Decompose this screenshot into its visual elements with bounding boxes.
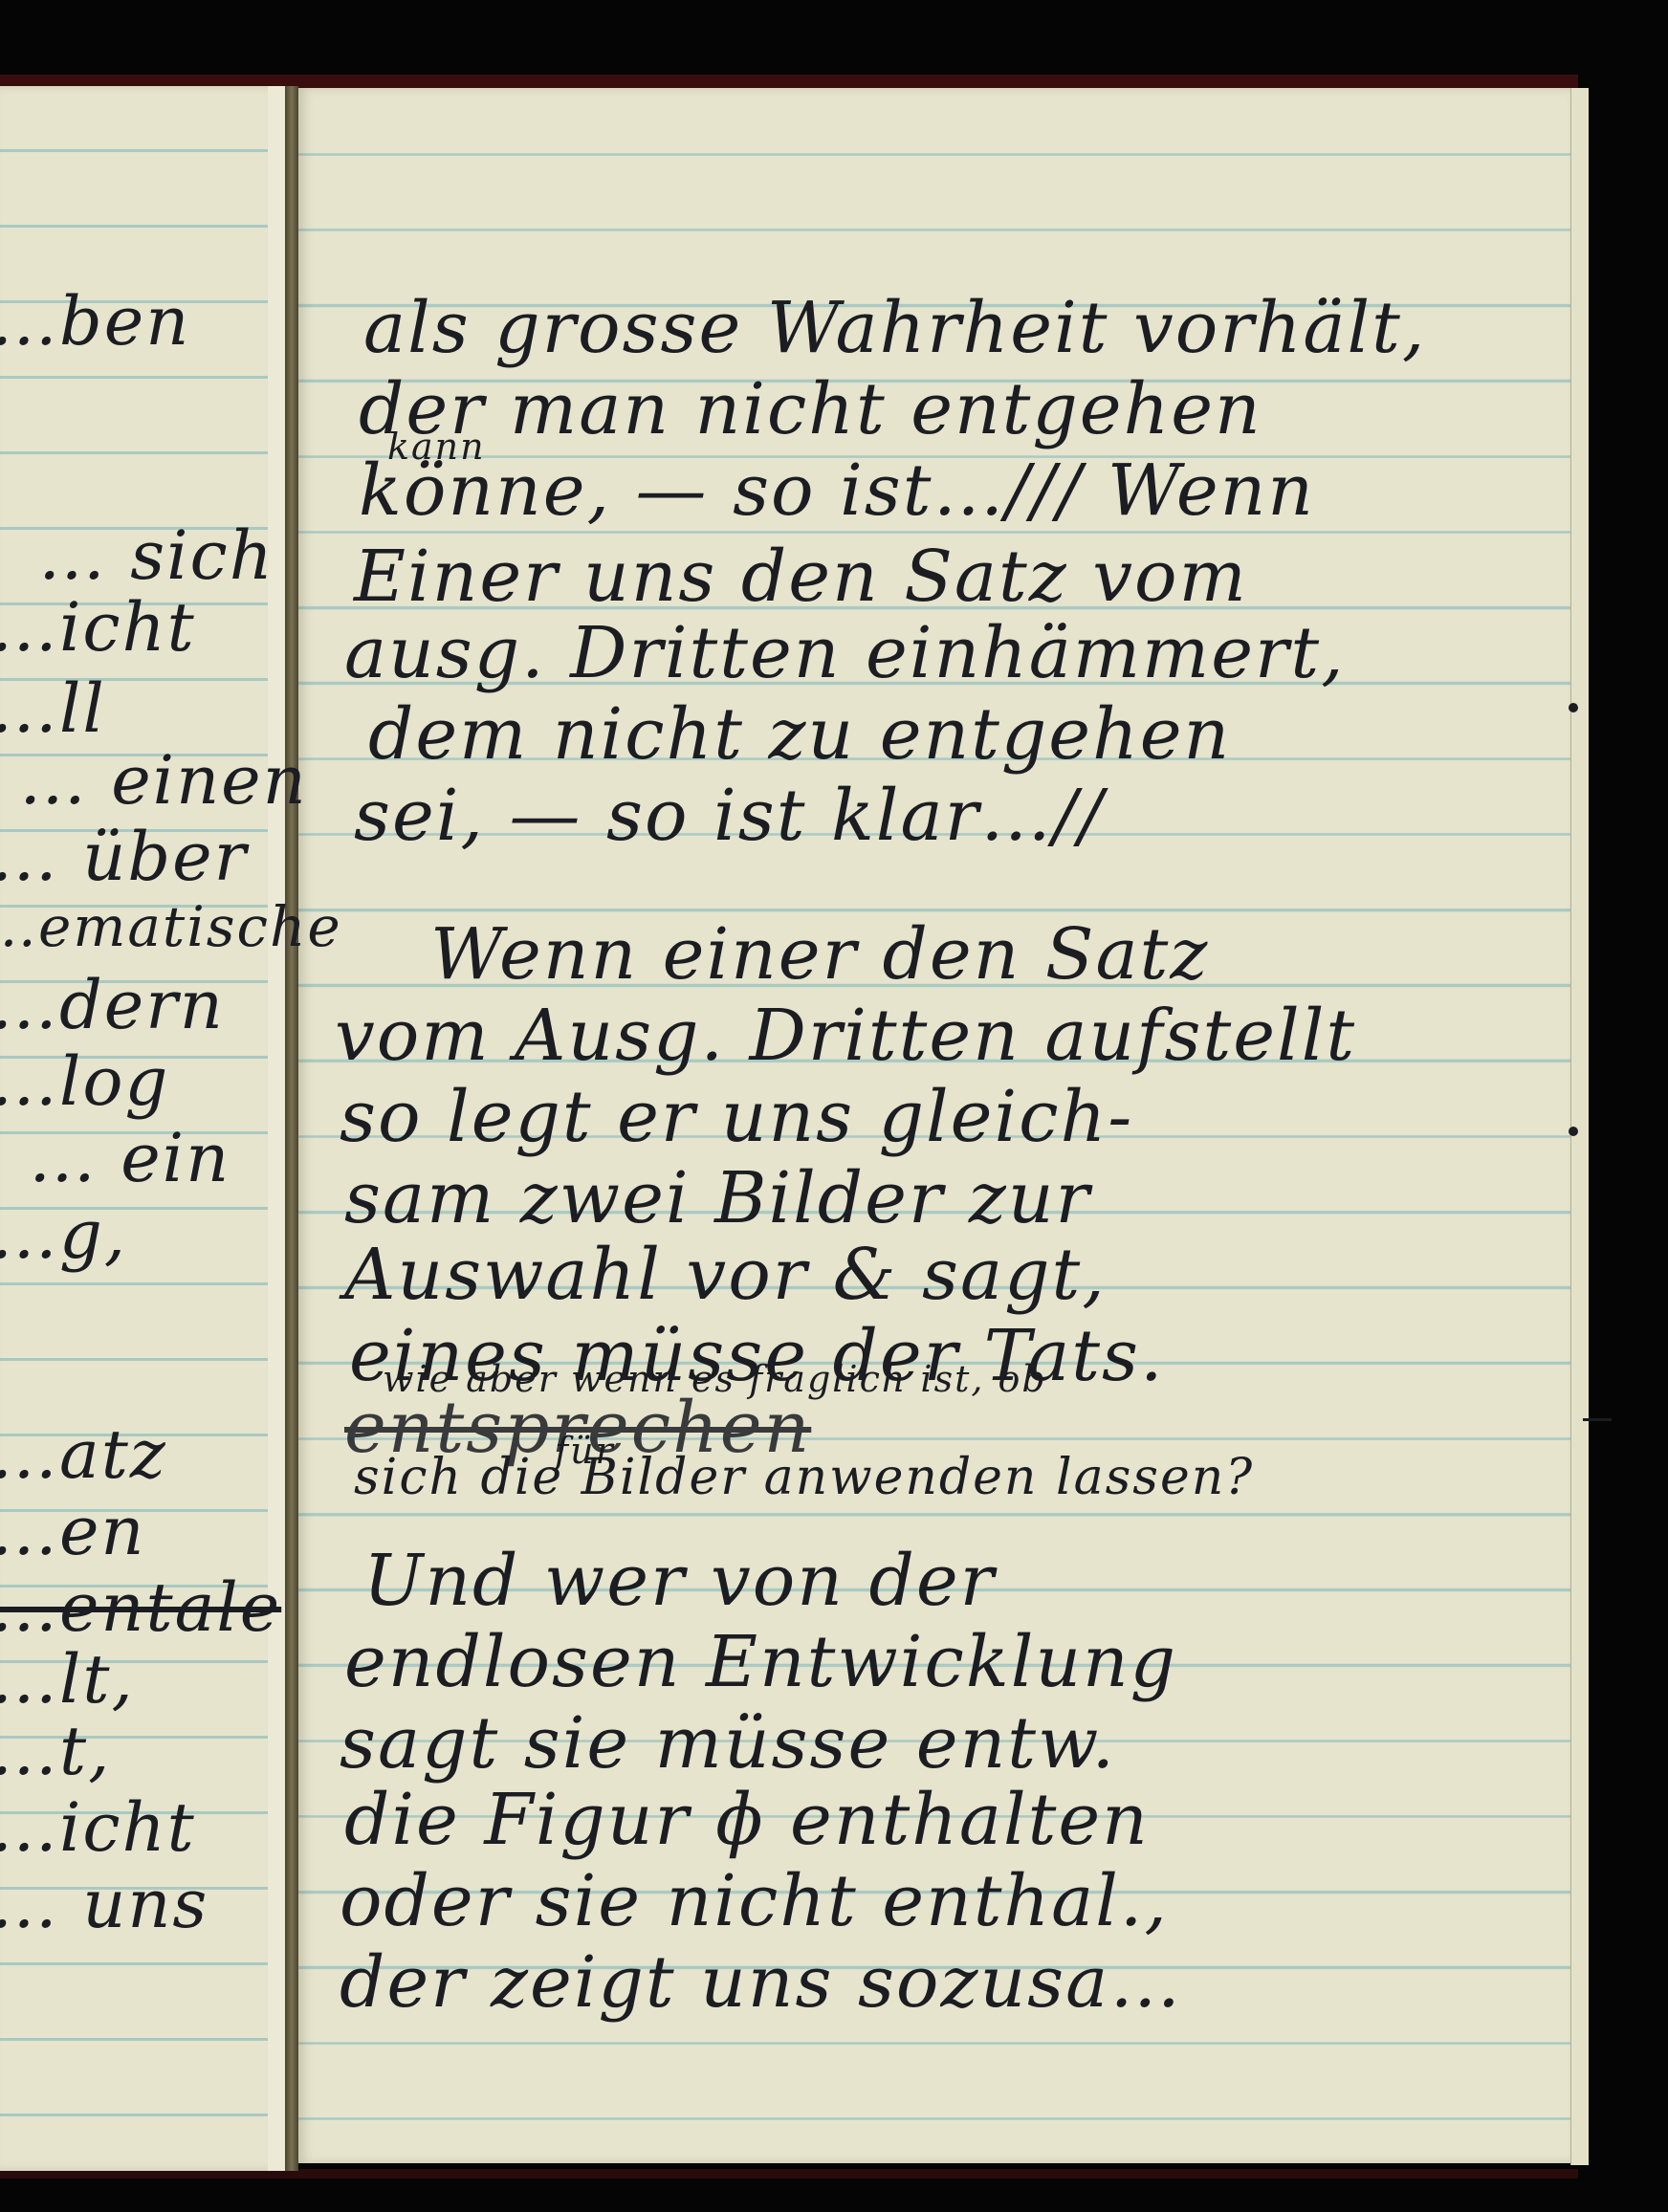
text-line: dem nicht zu entgehen bbox=[368, 693, 1231, 776]
text-line: endlosen Entwicklung bbox=[344, 1621, 1177, 1703]
text-line: als grosse Wahrheit vorhält, bbox=[363, 287, 1426, 369]
left-fragment: …ll bbox=[0, 669, 106, 748]
text-line: der zeigt uns sozusa… bbox=[340, 1941, 1182, 2024]
text-line: sich die Bilder anwenden lassen? bbox=[354, 1449, 1254, 1506]
text-line: Wenn einer den Satz bbox=[430, 913, 1209, 996]
left-page-edge bbox=[268, 86, 287, 2171]
text-line: der man nicht entgehen bbox=[359, 368, 1262, 450]
left-fragment: …icht bbox=[0, 588, 196, 667]
text-line: so legt er uns gleich- bbox=[340, 1076, 1133, 1158]
left-fragment: … über bbox=[0, 818, 248, 896]
text-line: Und wer von der bbox=[363, 1540, 996, 1622]
text-line: die Figur ɸ enthalten bbox=[344, 1779, 1150, 1861]
text-line: sei, — so ist klar…// bbox=[354, 775, 1105, 857]
left-fragment: … uns bbox=[0, 1865, 208, 1943]
left-fragment: …atz bbox=[0, 1415, 167, 1494]
left-fragment: …dern bbox=[0, 966, 225, 1044]
left-fragment: …lt, bbox=[0, 1640, 135, 1719]
left-fragment: …t, bbox=[0, 1712, 111, 1790]
margin-dot bbox=[1569, 1127, 1578, 1136]
text-line: Auswahl vor & sagt, bbox=[344, 1234, 1107, 1316]
left-fragment: …en bbox=[0, 1492, 146, 1570]
margin-tick bbox=[1583, 1418, 1612, 1421]
left-fragment-struck: …entale bbox=[0, 1568, 281, 1647]
text-line: ausg. Dritten einhämmert, bbox=[344, 612, 1346, 694]
text-line: sagt sie müsse entw. bbox=[340, 1702, 1116, 1785]
left-fragment: … einen bbox=[19, 741, 308, 820]
left-fragment: … sich bbox=[38, 516, 274, 595]
notebook-spine bbox=[285, 86, 298, 2171]
text-line: könne, — so ist…/// Wenn bbox=[359, 449, 1315, 532]
text-line: oder sie nicht enthal., bbox=[340, 1860, 1169, 1942]
left-fragment: …ematische bbox=[0, 894, 342, 959]
margin-dot bbox=[1569, 703, 1578, 712]
left-fragment: …icht bbox=[0, 1788, 196, 1867]
text-line: vom Ausg. Dritten aufstellt bbox=[335, 995, 1356, 1077]
text-line: sam zwei Bilder zur bbox=[344, 1157, 1091, 1239]
text-line: Einer uns den Satz vom bbox=[354, 536, 1248, 618]
left-fragment: … ein bbox=[29, 1119, 230, 1197]
left-fragment: …log bbox=[0, 1042, 169, 1121]
left-fragment: …ben bbox=[0, 282, 190, 361]
left-fragment: …g, bbox=[0, 1195, 127, 1274]
